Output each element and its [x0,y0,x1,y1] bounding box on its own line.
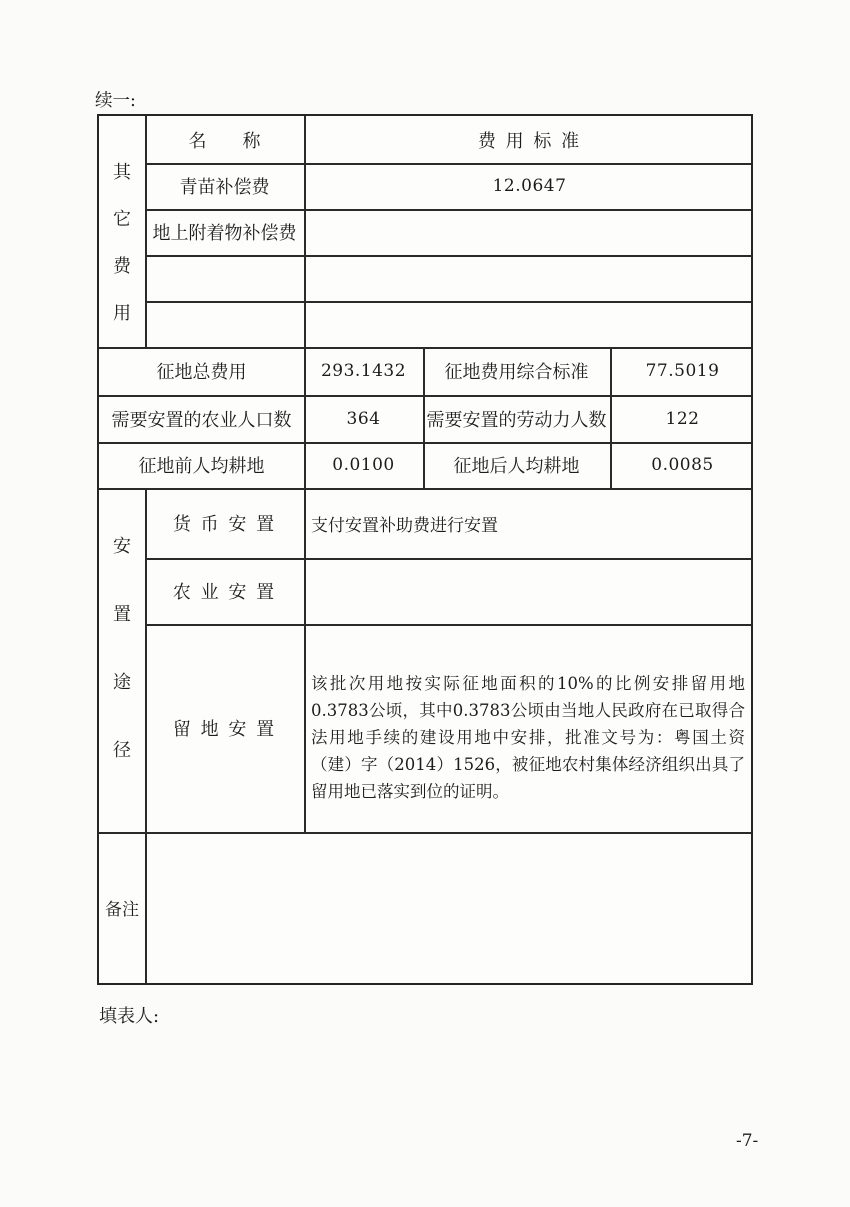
summary-value-cell: 77.5019 [610,347,755,395]
form-filler-label: 填表人: [99,1002,159,1028]
remarks-label: 备注 [99,832,145,983]
scanned-form-page: 续一: 填表人: -7- 其它费用 名 称 费 用 标 准 青苗补偿费 12.0… [0,0,850,1207]
summary-label-cell: 需要安置的劳动力人数 [423,395,610,442]
fee-value-cell: 12.0647 [304,163,755,209]
resettlement-type-cell: 留 地 安 置 [145,624,304,832]
summary-label-cell: 征地费用综合标准 [423,347,610,395]
fee-name-cell: 青苗补偿费 [145,163,304,209]
summary-label-cell: 需要安置的农业人口数 [99,395,304,442]
fee-name-header: 名 称 [145,116,304,163]
fee-name-cell: 地上附着物补偿费 [145,209,304,255]
resettlement-type-cell: 农 业 安 置 [145,558,304,624]
land-expropriation-fee-table: 其它费用 名 称 费 用 标 准 青苗补偿费 12.0647 地上附着物补偿费 … [97,114,753,985]
page-number: -7- [736,1131,758,1151]
summary-value-cell: 0.0085 [610,442,755,488]
fee-standard-header: 费 用 标 准 [304,116,755,163]
summary-label-cell: 征地前人均耕地 [99,442,304,488]
fee-name-cell [145,301,304,347]
summary-value-cell: 122 [610,395,755,442]
fee-name-cell [145,255,304,301]
summary-label-cell: 征地总费用 [99,347,304,395]
summary-value-cell: 364 [304,395,423,442]
other-fees-row-label-text: 其它费用 [112,116,132,337]
resettlement-content-cell: 该批次用地按实际征地面积的10%的比例安排留用地0.3783公顷，其中0.378… [304,624,755,832]
resettlement-row-label-text: 安置途径 [112,488,132,785]
resettlement-content-cell: 支付安置补助费进行安置 [304,488,755,558]
resettlement-type-cell: 货 币 安 置 [145,488,304,558]
resettlement-content-cell [304,558,755,624]
summary-value-cell: 293.1432 [304,347,423,395]
fee-value-cell [304,209,755,255]
other-fees-row-label: 其它费用 [99,116,145,347]
remarks-content [145,832,755,983]
fee-value-cell [304,301,755,347]
summary-label-cell: 征地后人均耕地 [423,442,610,488]
fee-value-cell [304,255,755,301]
summary-value-cell: 0.0100 [304,442,423,488]
resettlement-row-label: 安置途径 [99,488,145,832]
continuation-label: 续一: [95,87,136,112]
